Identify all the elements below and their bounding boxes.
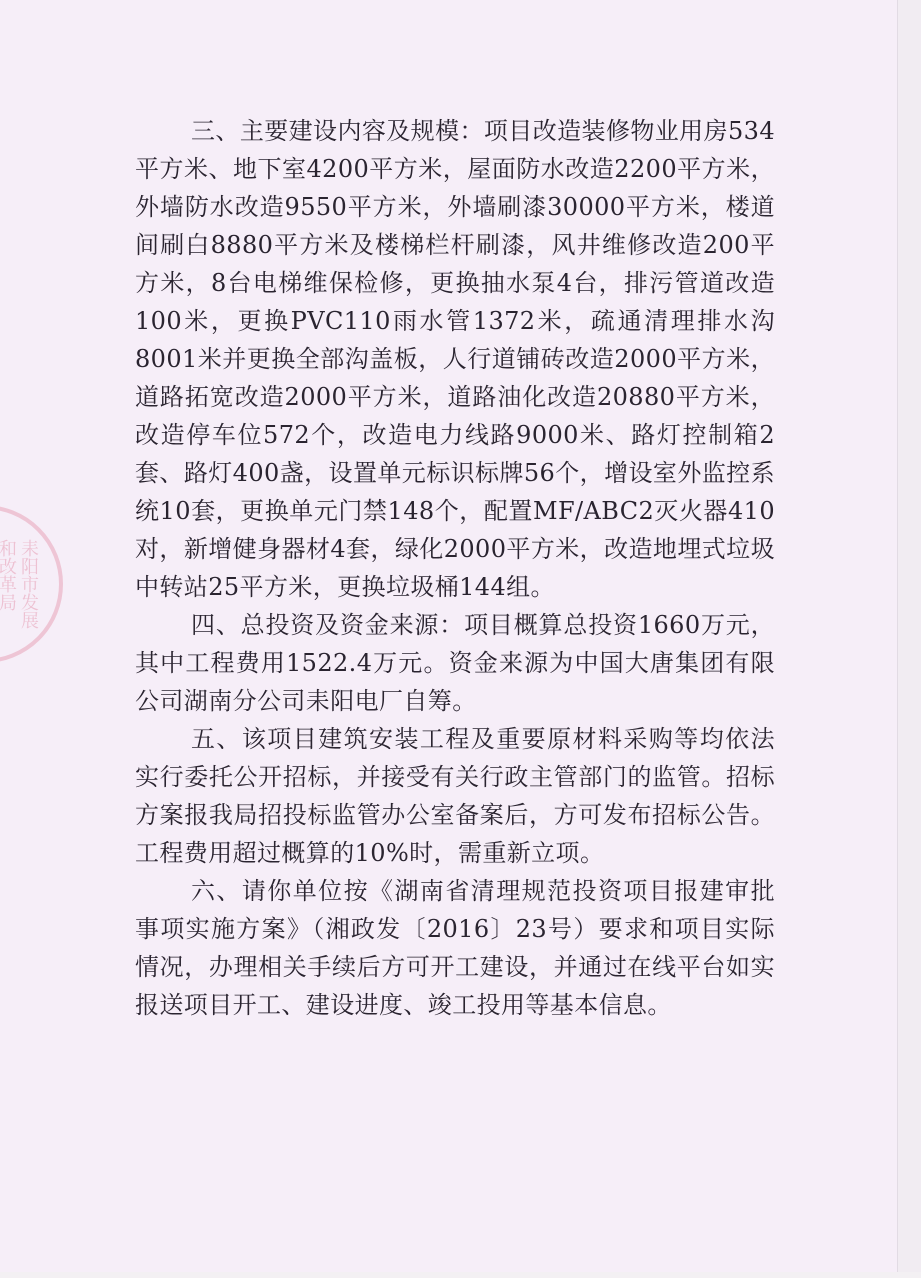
scan-page-edge: [897, 0, 921, 1278]
paragraph-procedures-reporting: 六、请你单位按《湖南省清理规范投资项目报建审批事项实施方案》（湘政发〔2016〕…: [135, 872, 775, 1024]
document-body: 三、主要建设内容及规模：项目改造装修物业用房534平方米、地下室4200平方米，…: [135, 112, 775, 1024]
official-seal-stamp: 耒阳市发展和改革局: [0, 505, 63, 663]
scan-bottom-edge: [0, 1272, 921, 1278]
paragraph-construction-scope: 三、主要建设内容及规模：项目改造装修物业用房534平方米、地下室4200平方米，…: [135, 112, 775, 606]
seal-text: 耒阳市发展和改革局: [0, 539, 39, 639]
paragraph-investment-funding: 四、总投资及资金来源：项目概算总投资1660万元，其中工程费用1522.4万元。…: [135, 606, 775, 720]
paragraph-bidding-requirements: 五、该项目建筑安装工程及重要原材料采购等均依法实行委托公开招标，并接受有关行政主…: [135, 720, 775, 872]
